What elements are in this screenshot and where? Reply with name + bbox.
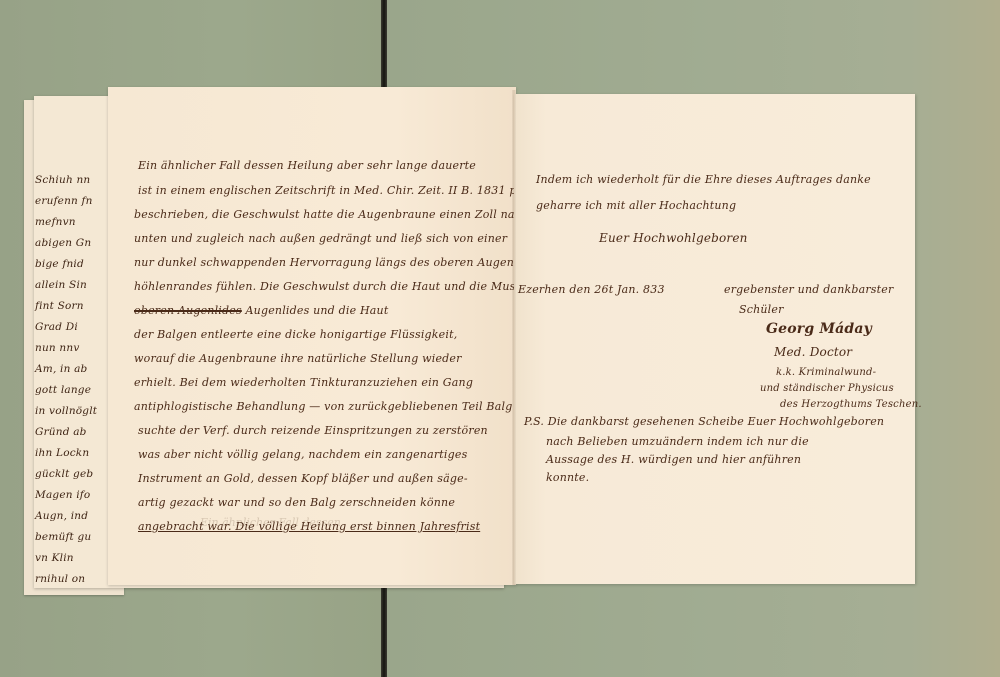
margin-line: allein Sin [35,280,87,291]
bleed-through-text: Ein ähnlicher Fall dessen [200,516,341,529]
margin-line: fint Sorn [35,301,84,312]
margin-line: nun nnv [35,343,79,354]
text-line: beschrieben, die Geschwulst hatte die Au… [134,209,528,220]
closing-line: Indem ich wiederholt für die Ehre dieses… [536,174,871,185]
text-line: nur dunkel schwappenden Hervorragung län… [134,257,518,268]
salutation: Euer Hochwohlgeboren [599,232,748,244]
signature-degree: Med. Doctor [774,346,852,358]
text-line: Instrument an Gold, dessen Kopf bläßer u… [138,473,468,484]
margin-line: Schiuh nn [35,175,90,186]
margin-line: abigen Gn [35,238,91,249]
postscript-line: Aussage des H. würdigen und hier anführe… [546,454,801,465]
margin-line: in vollnöglt [35,406,97,417]
margin-line: Grad Di [35,322,78,333]
text-line: erhielt. Bei dem wiederholten Tinkturanz… [134,377,473,388]
text-line-struck: oberen Augenlides Augenlides und die Hau… [134,305,388,316]
text-line: artig gezackt war und so den Balg zersch… [138,497,455,508]
margin-line: mefnvn [35,217,76,228]
margin-line: Gründ ab [35,427,87,438]
text-line: worauf die Augenbraune ihre natürliche S… [134,353,462,364]
margin-line: bige fnid [35,259,84,270]
signature-office-1: k.k. Kriminalwund- [776,368,876,378]
text-line: antiphlogistische Behandlung — von zurüc… [134,401,512,412]
struck-text: oberen Augenlides [134,304,242,317]
center-fold [512,90,516,585]
signature-office-3: des Herzogthums Teschen. [780,400,922,410]
margin-line: rnihul on [35,574,85,585]
postscript-line: nach Belieben umzuändern indem ich nur d… [546,436,809,447]
text-line: unten und zugleich nach außen gedrängt u… [134,233,507,244]
postscript-line: konnte. [546,472,589,483]
signature-office-2: und ständischer Physicus [760,384,894,394]
margin-line: gücklt geb [35,469,93,480]
text-line: ist in einem englischen Zeitschrift in M… [138,185,556,196]
signature-role: Schüler [739,304,784,315]
margin-line: gott lange [35,385,91,396]
text-line: der Balgen entleerte eine dicke honigart… [134,329,457,340]
text-line: was aber nicht völlig gelang, nachdem ei… [138,449,467,460]
margin-line: erufenn fn [35,196,93,207]
margin-line: Augn, ind [35,511,88,522]
margin-line: Am, in ab [35,364,87,375]
place-date: Ezerhen den 26t Jan. 833 [518,284,665,295]
text-continuation: Augenlides und die Haut [242,304,389,317]
margin-line: bemüft gu [35,532,91,543]
text-line: höhlenrandes fühlen. Die Geschwulst durc… [134,281,563,292]
margin-line: vn Klin [35,553,74,564]
letter-page-right: Indem ich wiederholt für die Ehre dieses… [514,94,915,584]
text-line: Ein ähnlicher Fall dessen Heilung aber s… [138,160,476,171]
text-line: suchte der Verf. durch reizende Einsprit… [138,425,488,436]
postscript-line: P.S. Die dankbarst gesehenen Scheibe Eue… [524,416,884,427]
closing-line: geharre ich mit aller Hochachtung [536,200,736,211]
letter-page-left: Ein ähnlicher Fall dessen Heilung aber s… [108,87,516,585]
signature-name: Georg Máday [766,322,872,336]
signature-preface: ergebenster und dankbarster [724,284,893,295]
margin-line: Magen ifo [35,490,90,501]
margin-line: ihn Lockn [35,448,89,459]
